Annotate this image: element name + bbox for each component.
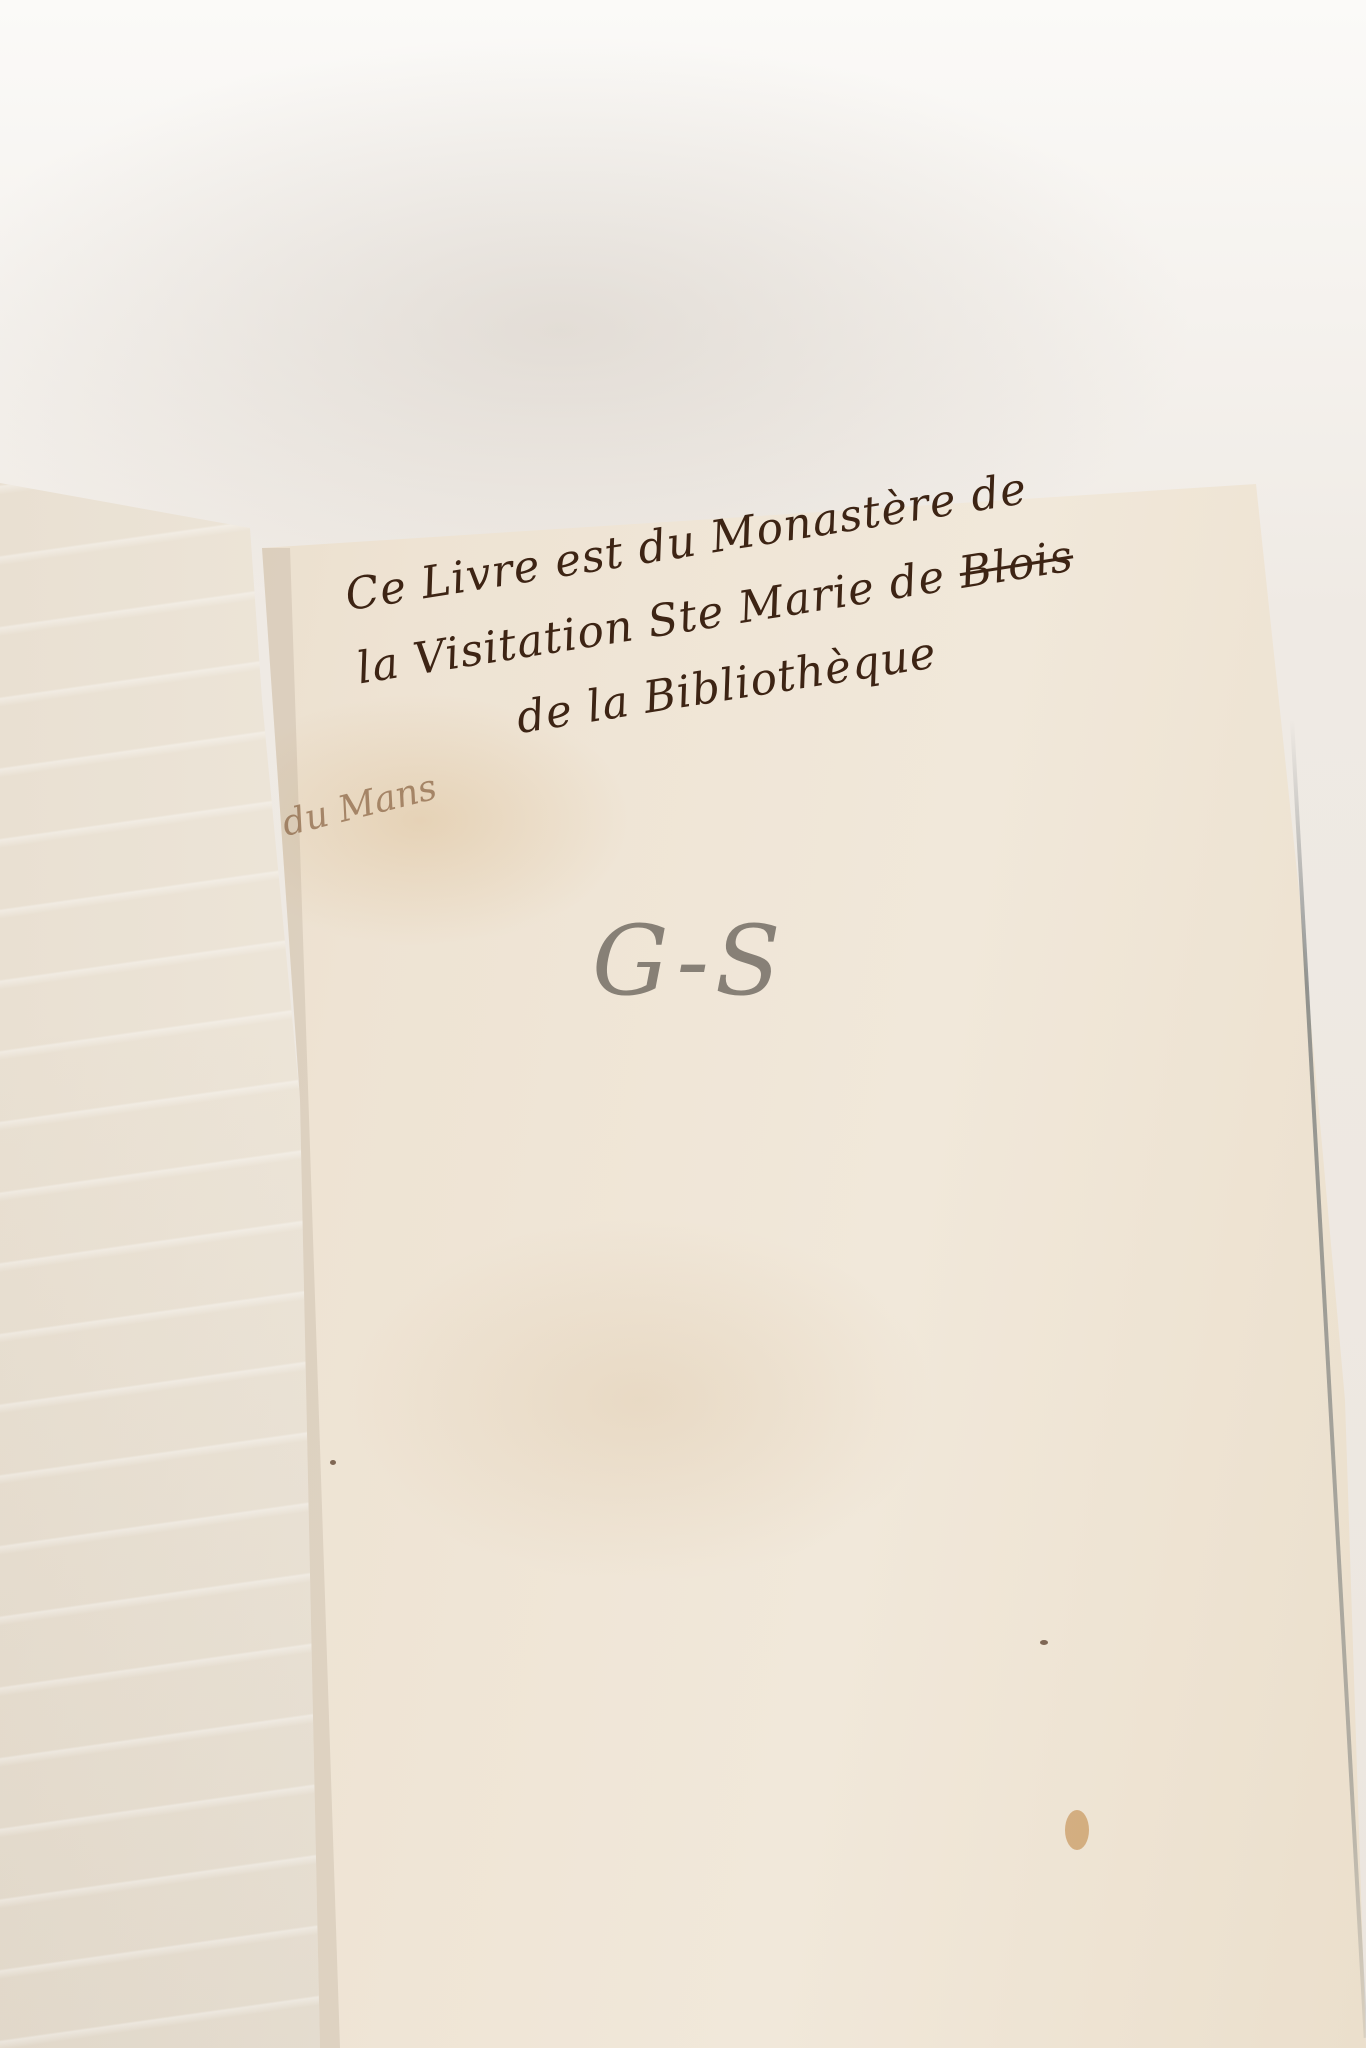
pencil-monogram: G-S	[592, 905, 787, 1017]
foxing-speck	[1040, 1640, 1048, 1645]
foxing-stain	[1065, 1810, 1089, 1850]
foxing-speck	[330, 1460, 336, 1465]
struck-out-word: Blois	[956, 531, 1077, 599]
